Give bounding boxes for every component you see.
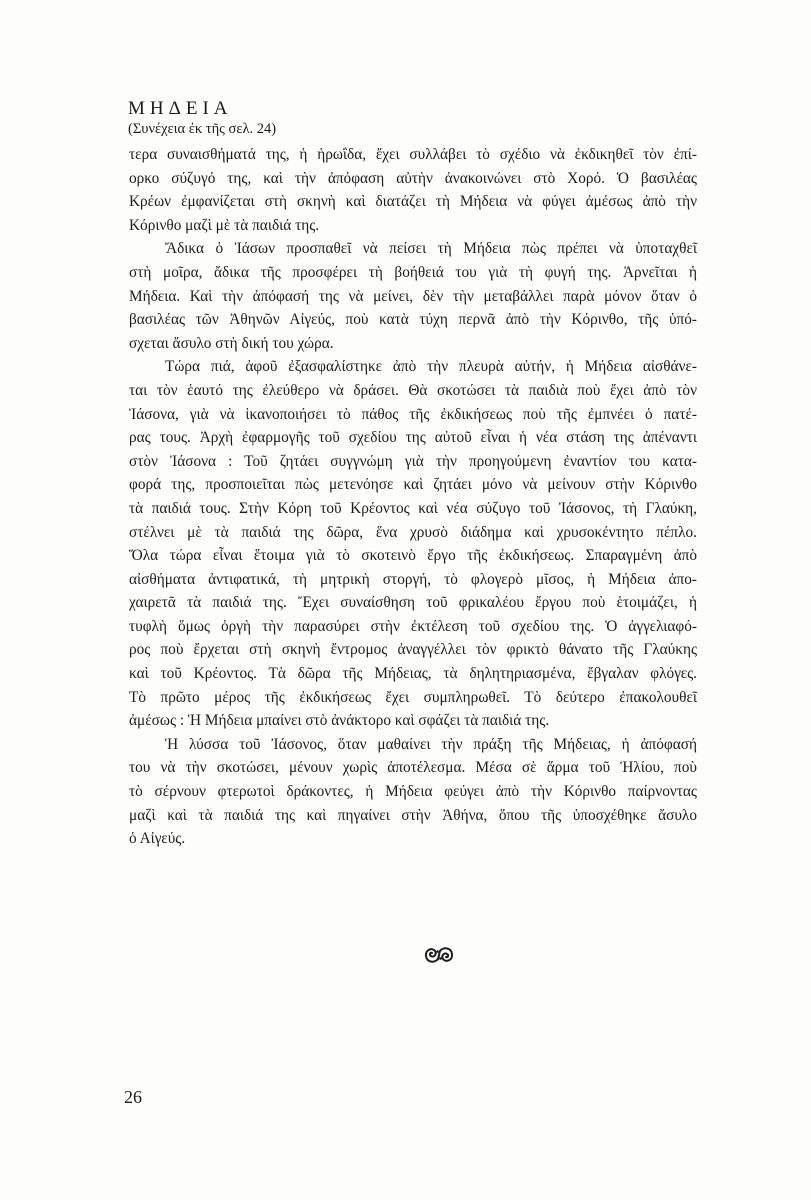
paragraph: Τώρα πιά, ἀφοῦ ἐξασφαλίστηκε ἀπὸ τὴν πλε… <box>129 355 697 733</box>
text-line: Ὅλα τώρα εἶναι ἕτοιμα γιὰ τὸ σκοτεινὸ ἔρ… <box>129 544 697 568</box>
body-text: τερα συναισθήματά της, ἡ ἡρωΐδα, ἔχει συ… <box>129 143 697 851</box>
continuation-note: (Συνέχεια ἐκ τῆς σελ. 24) <box>128 121 276 138</box>
text-line: ορκο σύζυγό της, καὶ τὴν ἀπόφαση αὐτὴν ἀ… <box>129 167 697 191</box>
text-line: βασιλέας τῶν Ἀθηνῶν Αἰγεύς, ποὺ κατὰ τύχ… <box>129 308 697 332</box>
text-line: ται τὸν ἑαυτό της ἐλεύθερο νὰ δράσει. Θὰ… <box>129 379 697 403</box>
text-line: Κόρινθο μαζὶ μὲ τὰ παιδιά της. <box>129 214 697 238</box>
text-line: τὰ παιδιά τους. Στὴν Κόρη τοῦ Κρέοντος κ… <box>129 497 697 521</box>
text-line: καὶ τοῦ Κρέοντος. Τὰ δῶρα τῆς Μήδειας, τ… <box>129 662 697 686</box>
text-line: ἀμέσως : Ἡ Μήδεια μπαίνει στὸ ἀνάκτορο κ… <box>129 709 697 733</box>
text-line: ρος ποὺ ἔρχεται στὴ σκηνὴ ἔντρομος ἀναγγ… <box>129 638 697 662</box>
text-line: τυφλὴ ὅμως ὀργὴ τὴν παρασύρει στὴν ἐκτέλ… <box>129 615 697 639</box>
text-line: Τὸ πρῶτο μέρος τῆς ἐκδικήσεως ἔχει συμπλ… <box>129 686 697 710</box>
text-line: του νὰ τὴν σκοτώσει, μένουν χωρὶς ἀποτέλ… <box>129 756 697 780</box>
text-line: Ἡ λύσσα τοῦ Ἰάσονος, ὅταν μαθαίνει τὴν π… <box>129 733 697 757</box>
text-line: τὸ σέρνουν φτερωτοὶ δράκοντες, ἡ Μήδεια … <box>129 780 697 804</box>
text-line: Μήδεια. Καὶ τὴν ἀπόφασή της νὰ μείνει, δ… <box>129 285 697 309</box>
text-line: στὴ μοῖρα, ἄδικα τῆς προσφέρει τὴ βοήθει… <box>129 261 697 285</box>
text-line: ὁ Αἰγεύς. <box>129 827 697 851</box>
scroll-ornament-icon <box>423 944 455 966</box>
document-page: ΜΗΔΕΙΑ (Συνέχεια ἐκ τῆς σελ. 24) τερα συ… <box>0 0 811 1200</box>
page-number: 26 <box>124 1087 142 1108</box>
text-line: Κρέων ἐμφανίζεται στὴ σκηνὴ καὶ διατάζει… <box>129 190 697 214</box>
paragraph: τερα συναισθήματά της, ἡ ἡρωΐδα, ἔχει συ… <box>129 143 697 237</box>
page-title: ΜΗΔΕΙΑ <box>128 98 233 120</box>
text-line: αἰσθήματα ἀντιφατικά, τὴ μητρικὴ στοργή,… <box>129 568 697 592</box>
text-line: χαιρετᾶ τὰ παιδιά της. Ἔχει συναίσθηση τ… <box>129 591 697 615</box>
text-line: στὸν Ἰάσονα : Τοῦ ζητάει συγγνώμη γιὰ τὴ… <box>129 450 697 474</box>
text-line: στέλνει μὲ τὰ παιδιά της δῶρα, ἕνα χρυσὸ… <box>129 521 697 545</box>
text-line: ρας τους. Ἀρχὴ ἐφαρμογῆς τοῦ σχεδίου της… <box>129 426 697 450</box>
paragraph: Ἄδικα ὁ Ἰάσων προσπαθεῖ νὰ πείσει τὴ Μήδ… <box>129 237 697 355</box>
text-line: τερα συναισθήματά της, ἡ ἡρωΐδα, ἔχει συ… <box>129 143 697 167</box>
text-line: Ἄδικα ὁ Ἰάσων προσπαθεῖ νὰ πείσει τὴ Μήδ… <box>129 237 697 261</box>
text-line: σχεται ἄσυλο στὴ δική του χώρα. <box>129 332 697 356</box>
text-line: Ἰάσονα, γιὰ νὰ ἱκανοποιήσει τὸ πάθος τῆς… <box>129 403 697 427</box>
paragraph: Ἡ λύσσα τοῦ Ἰάσονος, ὅταν μαθαίνει τὴν π… <box>129 733 697 851</box>
text-line: φορά της, προσποιεῖται πὼς μετενόησε καὶ… <box>129 473 697 497</box>
text-line: μαζὶ καὶ τὰ παιδιά της καὶ πηγαίνει στὴν… <box>129 804 697 828</box>
text-line: Τώρα πιά, ἀφοῦ ἐξασφαλίστηκε ἀπὸ τὴν πλε… <box>129 355 697 379</box>
